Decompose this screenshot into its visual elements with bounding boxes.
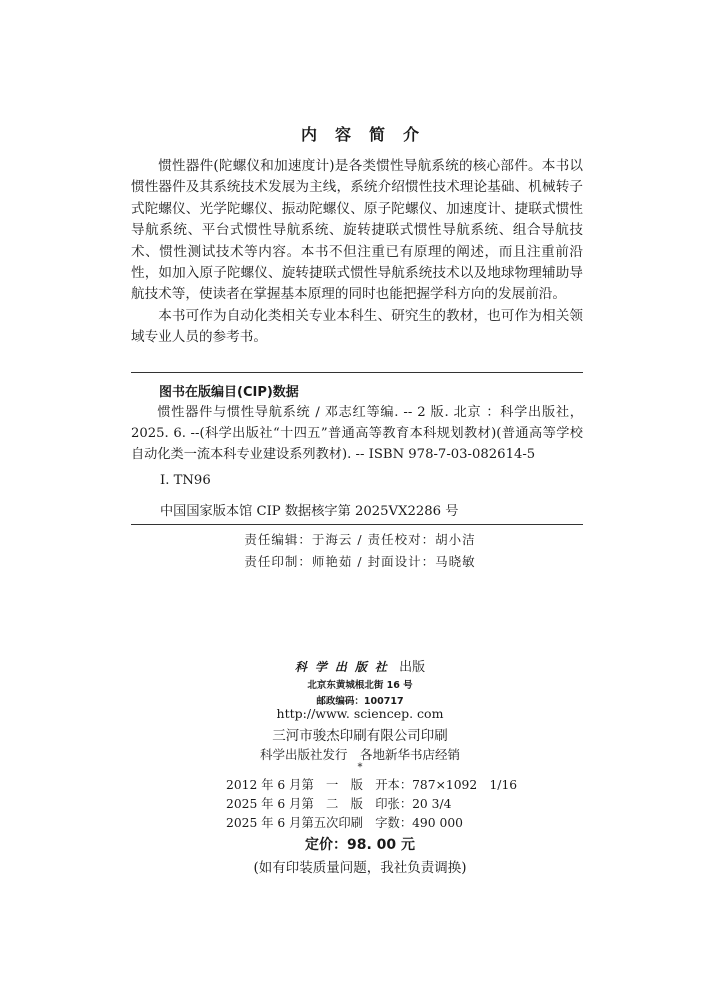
staff-line: 责任编辑：于海云 / 责任校对：胡小洁: [0, 530, 720, 548]
abstract-paragraph: 本书可作为自动化类相关专业本科生、研究生的教材，也可作为相关领域专业人员的参考书…: [131, 306, 583, 349]
abstract-paragraph: 惯性器件(陀螺仪和加速度计)是各类惯性导航系统的核心部件。本书以惯性器件及其系统…: [131, 156, 583, 306]
abstract: 惯性器件(陀螺仪和加速度计)是各类惯性导航系统的核心部件。本书以惯性器件及其系统…: [131, 156, 583, 349]
cip-record: 惯性器件与惯性导航系统 / 邓志红等编. -- 2 版. 北京 ：科学出版社，2…: [131, 402, 583, 466]
distribution: 科学出版社发行 各地新华书店经销: [0, 745, 720, 763]
separator-asterisk: *: [0, 762, 720, 773]
divider: [131, 524, 583, 525]
publisher-postcode: 邮政编码：100717: [0, 693, 720, 707]
edition-row: 2012 年 6 月第 一 版 开本：787×1092 1/16: [226, 776, 517, 795]
copyright-page: 内容简介 惯性器件(陀螺仪和加速度计)是各类惯性导航系统的核心部件。本书以惯性器…: [0, 0, 720, 1000]
publisher-address: 北京东黄城根北街 16 号: [0, 677, 720, 691]
staff-line: 责任印制：师艳茹 / 封面设计：马晓敏: [0, 552, 720, 570]
publisher-line: 科学出版社 出版: [0, 656, 720, 675]
edition-row: 2025 年 6 月第 二 版 印张：20 3/4: [226, 795, 517, 814]
publisher-logo: 科学出版社: [295, 660, 395, 674]
cip-record-text: 惯性器件与惯性导航系统 / 邓志红等编. -- 2 版. 北京 ：科学出版社，2…: [131, 402, 583, 466]
printer: 三河市骏杰印刷有限公司印刷: [0, 724, 720, 744]
cip-approval-number: 中国国家版本馆 CIP 数据核字第 2025VX2286 号: [160, 500, 458, 519]
price: 定价：98. 00 元: [0, 834, 720, 854]
cip-heading: 图书在版编目(CIP)数据: [159, 381, 299, 400]
page-title: 内容简介: [0, 122, 720, 145]
divider: [131, 372, 583, 373]
edition-info: 2012 年 6 月第 一 版 开本：787×1092 1/16 2025 年 …: [226, 776, 517, 833]
publisher-website: http://www. sciencep. com: [0, 706, 720, 721]
publisher-suffix: 出版: [399, 660, 425, 675]
quality-note: (如有印装质量问题，我社负责调换): [0, 856, 720, 876]
cip-classification: Ⅰ. TN96: [160, 473, 211, 488]
edition-row: 2025 年 6 月第五次印刷 字数：490 000: [226, 814, 517, 833]
